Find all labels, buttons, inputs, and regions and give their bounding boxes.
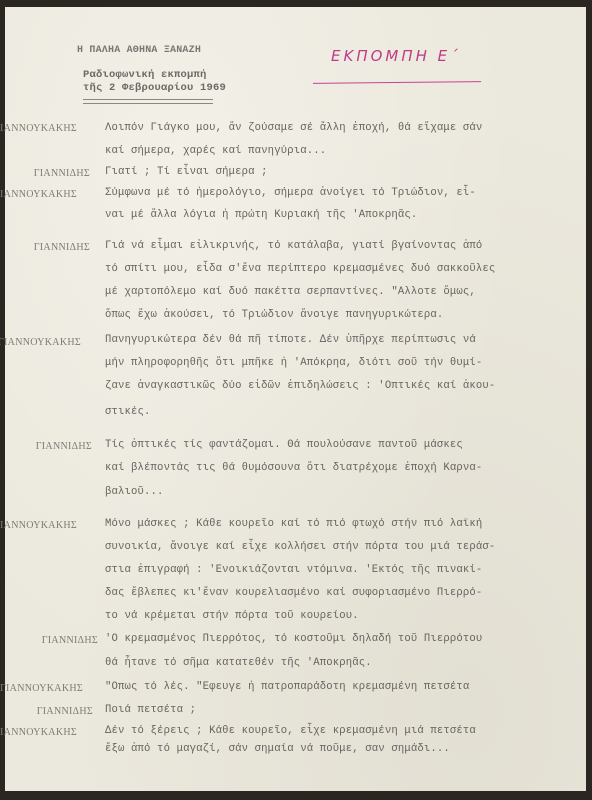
speaker-name: ΓΙΑΝΝΙΔΗΣ xyxy=(0,635,98,646)
speaker-name: ΓΙΑΝΝΟΥΚΑΚΗΣ xyxy=(0,189,77,200)
dialogue-line: Πανηγυρικώτερα δέν θά πῆ τίποτε. Δέν ὑπῆ… xyxy=(105,334,476,346)
dialogue-line: Γιατί ; Τί εἶναι σήμερα ; xyxy=(105,166,268,178)
speaker-name: ΓΙΑΝΝΟΥΚΑΚΗΣ xyxy=(0,337,81,348)
dialogue-line: Μόνο μάσκες ; Κάθε κουρεῖο καί τό πιό φτ… xyxy=(105,518,482,530)
dialogue-line: Δέν τό ξέρεις ; Κάθε κουρεῖο, εἶχε κρεμα… xyxy=(105,725,476,737)
dialogue-line: μέ χαρτοπόλεμο καί δυό πακέττα σερπαντίν… xyxy=(105,286,476,298)
dialogue-line: δας ἔβλεπες κι'ἕναν κουρελιασμένο καί συ… xyxy=(105,587,482,599)
speaker-name: ΓΙΑΝΝΟΥΚΑΚΗΣ xyxy=(0,683,83,694)
dialogue-line: Σύμφωνα μέ τό ἡμερολόγιο, σήμερα ἀνοίγει… xyxy=(105,187,476,199)
dialogue-line: ναι μέ ἄλλα λόγια ἡ πρώτη Κυριακή τῆς 'Α… xyxy=(105,209,417,221)
dialogue-line: στικές. xyxy=(105,406,151,418)
dialogue-line: "Οπως τό λές. "Εφευγε ἡ πατροπαράδοτη κρ… xyxy=(105,681,469,693)
handwritten-episode-note: ΕΚΠΟΜΠΗ Ε΄ xyxy=(331,47,461,65)
typewritten-page: Η ΠΑΛΗΑ ΑΘΗΝΑ ΞΑΝΑΖΗ Ραδιοφωνική εκπομπή… xyxy=(5,7,586,791)
dialogue-line: τό σπίτι μου, εἶδα σ'ἕνα περίπτερο κρεμα… xyxy=(105,263,495,275)
speaker-name: ΓΙΑΝΝΟΥΚΑΚΗΣ xyxy=(0,520,77,531)
dialogue-line: Γιά νά εἶμαι εἰλικρινής, τό κατάλαβα, γι… xyxy=(105,240,482,252)
speaker-name: ΓΙΑΝΝΟΥΚΑΚΗΣ xyxy=(0,727,77,738)
document-title: Η ΠΑΛΗΑ ΑΘΗΝΑ ΞΑΝΑΖΗ xyxy=(77,45,201,56)
dialogue-line: βαλιοῦ... xyxy=(105,486,164,498)
document-subtitle: Ραδιοφωνική εκπομπή τῆς 2 Φεβρουαρίου 19… xyxy=(83,69,226,95)
handwritten-underline xyxy=(313,81,481,84)
subtitle-double-underline xyxy=(83,99,213,104)
speaker-name: ΓΙΑΝΝΙΔΗΣ xyxy=(0,441,92,452)
subtitle-line-1: Ραδιοφωνική εκπομπή xyxy=(83,69,226,82)
speaker-name: ΓΙΑΝΝΙΔΗΣ xyxy=(0,706,93,717)
dialogue-line: καί βλέποντάς τις θά θυμόσουνα ὅτι διατρ… xyxy=(105,462,482,474)
dialogue-line: καί σήμερα, χαρές καί πανηγύρια... xyxy=(105,145,326,157)
subtitle-line-2: τῆς 2 Φεβρουαρίου 1969 xyxy=(83,82,226,95)
dialogue-line: Λοιπόν Γιάγκο μου, ἄν ζούσαμε σέ ἄλλη ἐπ… xyxy=(105,122,482,134)
dialogue-line: Τίς ὀπτικές τίς φαντάζομαι. Θά πουλούσαν… xyxy=(105,439,463,451)
dialogue-line: συνοικία, ἄνοιγε καί εἶχε κολλήσει στήν … xyxy=(105,541,495,553)
dialogue-line: στια ἐπιγραφή : 'Ενοικιάζονται ντόμινα. … xyxy=(105,564,482,576)
dialogue-line: το νά κρέμεται στήν πόρτα τοῦ κουρείου. xyxy=(105,610,359,622)
speaker-name: ΓΙΑΝΝΙΔΗΣ xyxy=(0,242,90,253)
speaker-name: ΓΙΑΝΝΟΥΚΑΚΗΣ xyxy=(0,123,77,134)
dialogue-line: μήν πληροφορηθῆς ὅτι μπῆκε ἡ 'Απόκρηα, δ… xyxy=(105,357,482,369)
speaker-name: ΓΙΑΝΝΙΔΗΣ xyxy=(0,168,90,179)
dialogue-line: ἔξω ἀπό τό μαγαζί, σάν σημαία νά ποῦμε, … xyxy=(105,743,450,755)
dialogue-line: Ποιά πετσέτα ; xyxy=(105,704,196,716)
dialogue-line: 'Ο κρεμασμένος Πιερρότος, τό κοστοῦμι δη… xyxy=(105,633,482,645)
dialogue-line: ὅπως ἔχω ἀκούσει, τό Τριώδιον ἄνοιγε παν… xyxy=(105,309,443,321)
dialogue-line: θά ἦτανε τό σῆμα κατατεθέν τῆς 'Αποκρηᾶς… xyxy=(105,657,372,669)
dialogue-line: ζανε ἀναγκαστικῶς δύο εἰδῶν ἐπιδηλώσεις … xyxy=(105,380,495,392)
